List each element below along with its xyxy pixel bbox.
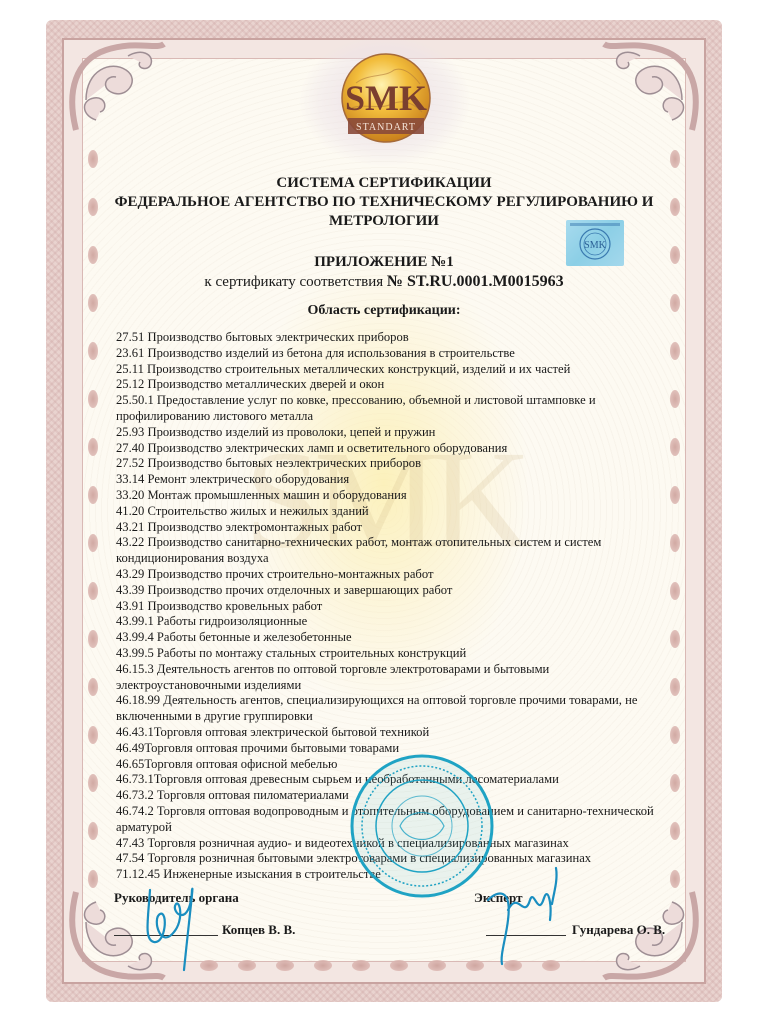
head-name: Копцев В. В.: [222, 922, 295, 938]
scope-item: 43.99.5 Работы по монтажу стальных строи…: [116, 646, 676, 662]
hologram-label: SMK: [584, 240, 606, 251]
scope-item: 33.20 Монтаж промышленных машин и оборуд…: [116, 488, 676, 504]
certificate-number: № ST.RU.0001.M0015963: [387, 273, 564, 290]
certificate-prefix: к сертификату соответствия: [204, 274, 386, 290]
border-bead-icon: [88, 486, 98, 504]
border-bead-icon: [428, 960, 446, 971]
scope-item: 43.39 Производство прочих отделочных и з…: [116, 583, 676, 599]
border-bead-icon: [390, 960, 408, 971]
appendix-title: ПРИЛОЖЕНИЕ №1: [0, 254, 768, 271]
scope-item: 46.43.1Торговля оптовая электрической бы…: [116, 725, 676, 741]
corner-ornament-icon: [56, 30, 166, 140]
scope-item: 27.40 Производство электрических ламп и …: [116, 441, 676, 457]
border-bead-icon: [88, 534, 98, 552]
scope-item: 43.21 Производство электромонтажных рабо…: [116, 520, 676, 536]
logo-brand-text: SMK: [345, 78, 427, 118]
scope-item: 33.14 Ремонт электрического оборудования: [116, 472, 676, 488]
scope-item: 46.18.99 Деятельность агентов, специализ…: [116, 693, 676, 725]
scope-item: 43.99.1 Работы гидроизоляционные: [116, 614, 676, 630]
round-seal-stamp-icon: [348, 752, 496, 900]
border-bead-icon: [88, 678, 98, 696]
border-bead-icon: [88, 390, 98, 408]
scope-item: 27.51 Производство бытовых электрических…: [116, 330, 676, 346]
border-bead-icon: [238, 960, 256, 971]
border-bead-icon: [88, 774, 98, 792]
border-bead-icon: [88, 822, 98, 840]
certificate-reference: к сертификату соответствия № ST.RU.0001.…: [0, 273, 768, 291]
border-bead-icon: [88, 150, 98, 168]
certificate-page: SMK SMK STANDART СИСТЕМА СЕРТИФИКАЦИИ ФЕ…: [0, 0, 768, 1024]
header-line-2: ФЕДЕРАЛЬНОЕ АГЕНТСТВО ПО ТЕХНИЧЕСКОМУ РЕ…: [0, 194, 768, 211]
border-bead-icon: [88, 630, 98, 648]
border-bead-icon: [276, 960, 294, 971]
corner-ornament-icon: [602, 30, 712, 140]
scope-item: 43.29 Производство прочих строительно-мо…: [116, 567, 676, 583]
border-bead-icon: [88, 438, 98, 456]
scope-item: 43.22 Производство санитарно-технических…: [116, 535, 676, 567]
header-line-3: МЕТРОЛОГИИ: [0, 213, 768, 230]
expert-signature-icon: [478, 860, 588, 970]
header-line-1: СИСТЕМА СЕРТИФИКАЦИИ: [0, 175, 768, 192]
logo-subtitle-text: STANDART: [356, 122, 416, 133]
globe-logo-icon: SMK STANDART: [334, 48, 438, 152]
border-bead-icon: [314, 960, 332, 971]
scope-title: Область сертификации:: [0, 303, 768, 319]
scope-item: 25.50.1 Предоставление услуг по ковке, п…: [116, 393, 676, 425]
border-bead-icon: [670, 150, 680, 168]
scope-item: 46.15.3 Деятельность агентов по оптовой …: [116, 662, 676, 694]
scope-item: 23.61 Производство изделий из бетона для…: [116, 346, 676, 362]
scope-item: 27.52 Производство бытовых неэлектрическ…: [116, 456, 676, 472]
head-signature-icon: [130, 870, 220, 980]
border-bead-icon: [88, 342, 98, 360]
scope-item: 25.93 Производство изделий из проволоки,…: [116, 425, 676, 441]
scope-item: 25.11 Производство строительных металлич…: [116, 362, 676, 378]
border-bead-icon: [352, 960, 370, 971]
scope-item: 43.99.4 Работы бетонные и железобетонные: [116, 630, 676, 646]
scope-item: 41.20 Строительство жилых и нежилых здан…: [116, 504, 676, 520]
scope-item: 25.12 Производство металлических дверей …: [116, 377, 676, 393]
border-bead-icon: [88, 582, 98, 600]
border-bead-icon: [88, 726, 98, 744]
scope-item: 43.91 Производство кровельных работ: [116, 599, 676, 615]
